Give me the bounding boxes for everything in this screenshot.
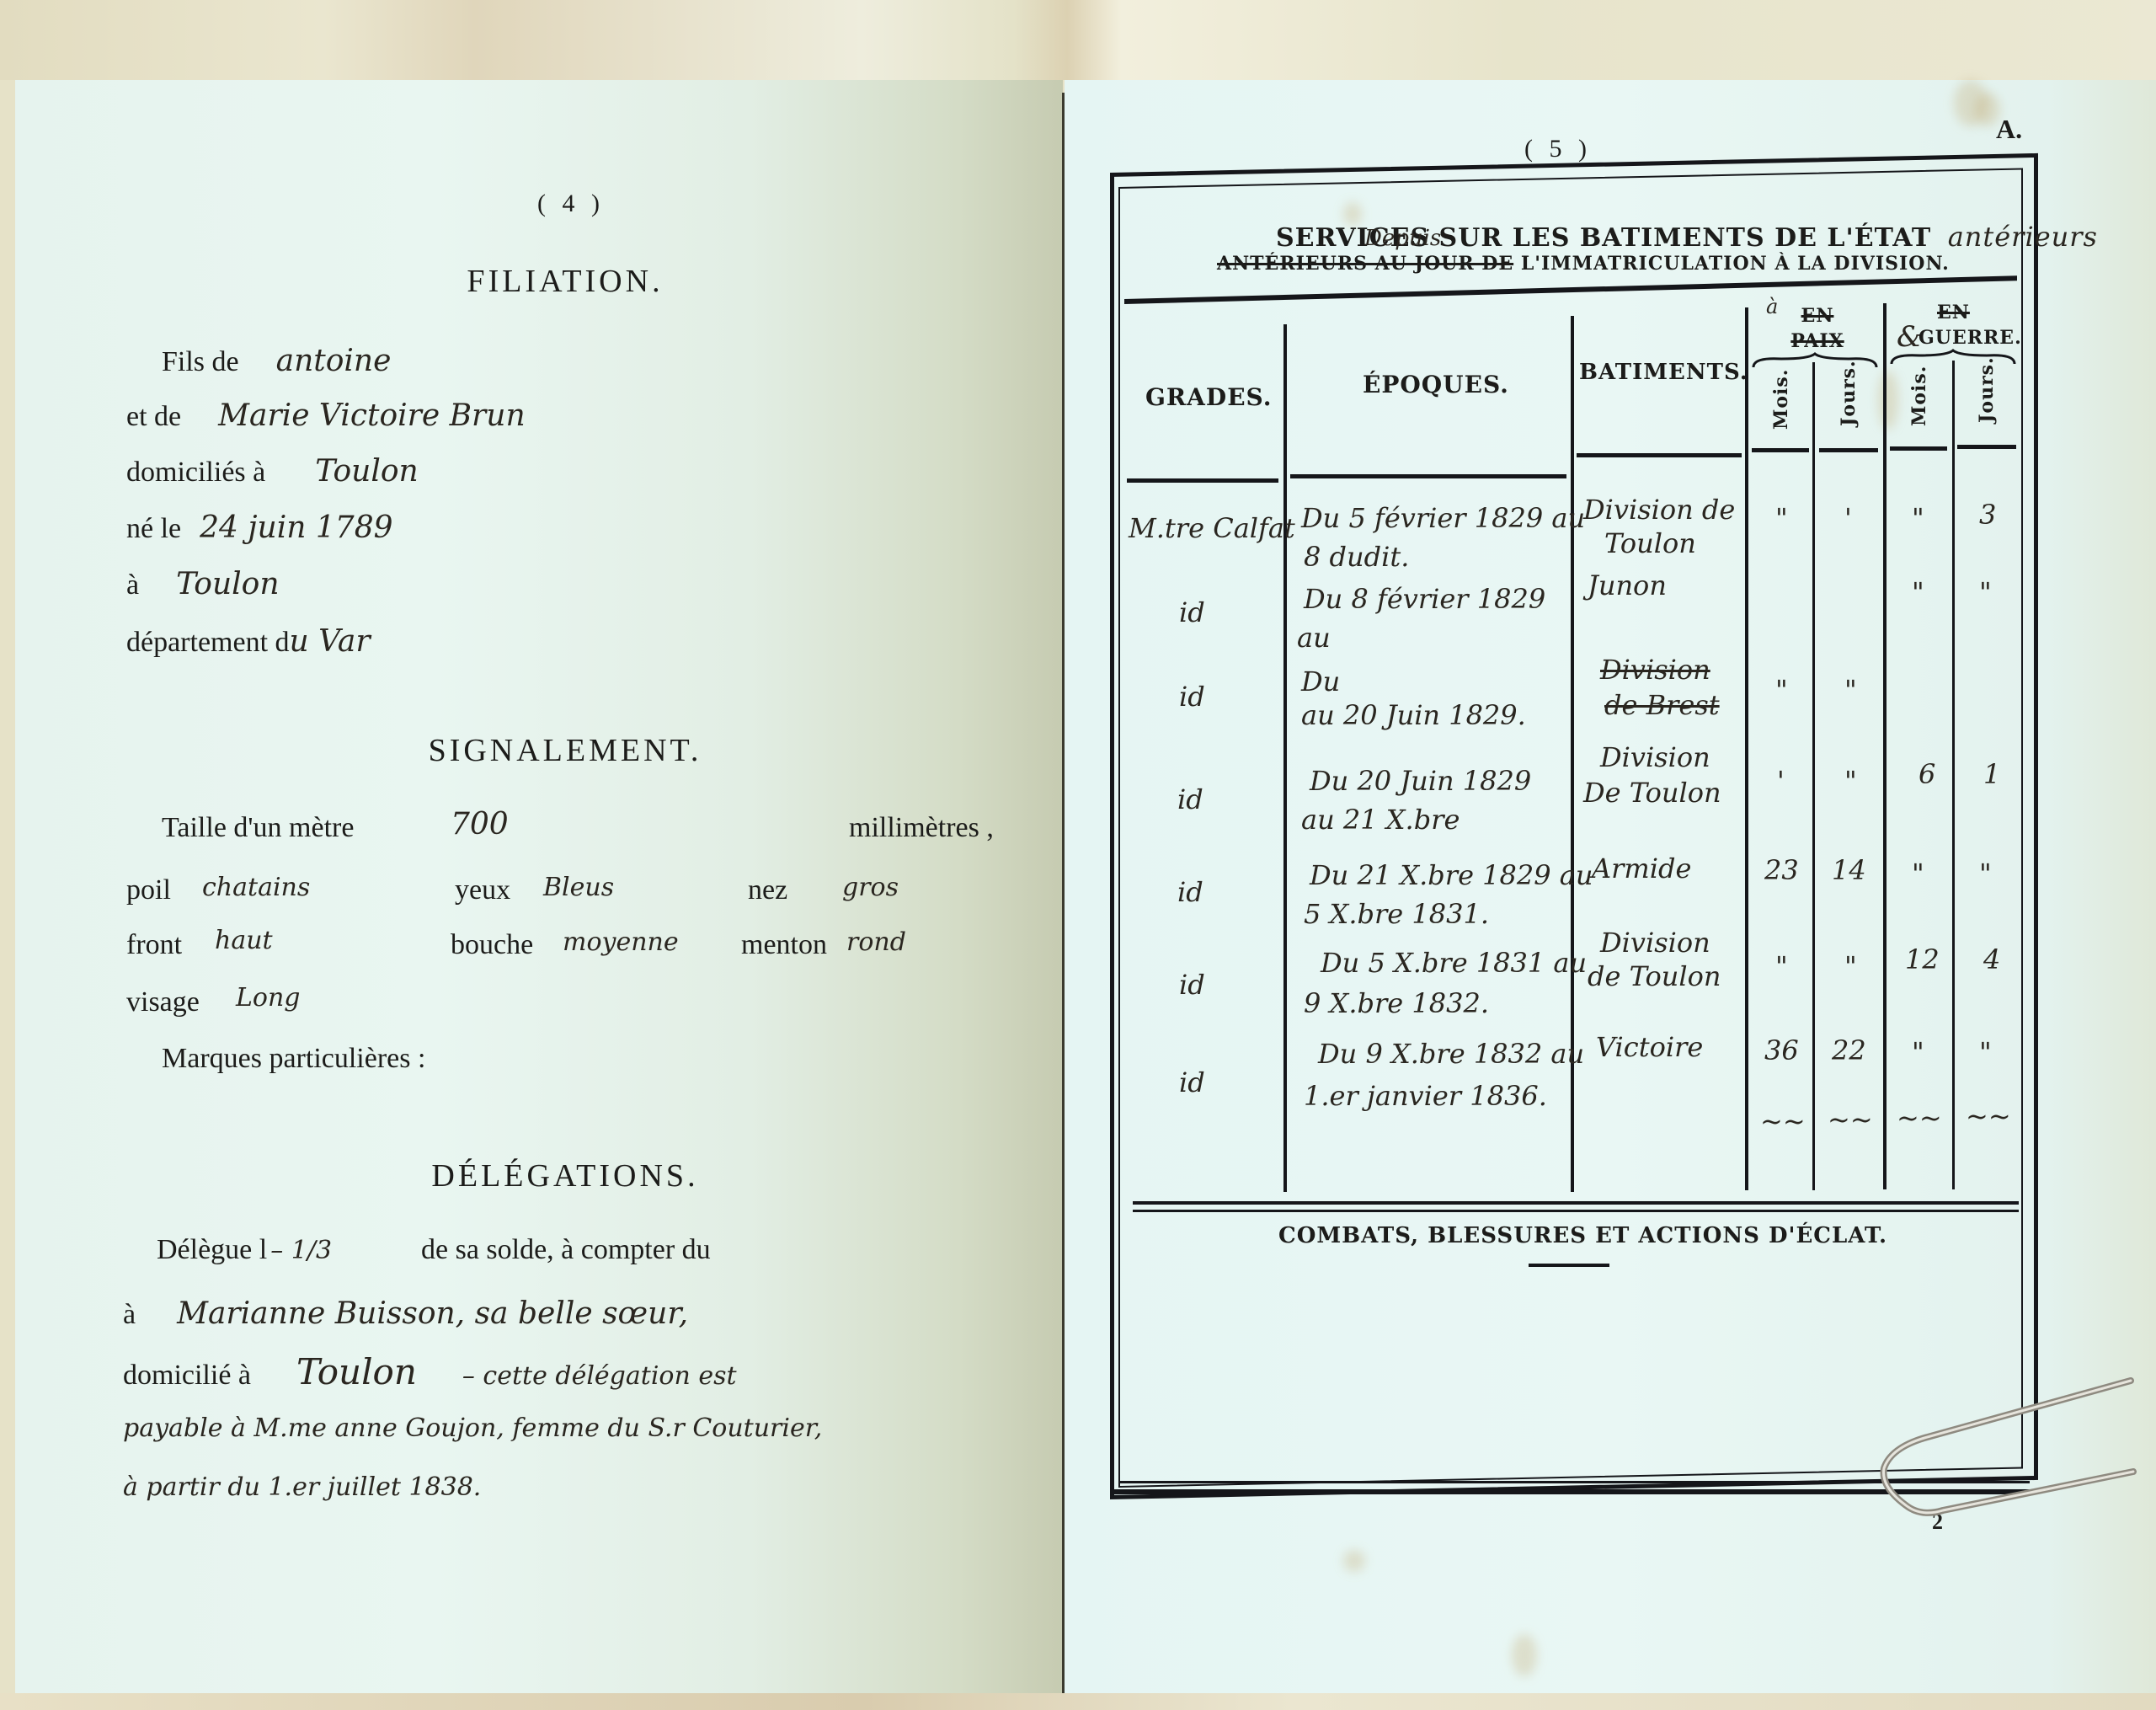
- delegation-domicile-row: domicilié à Toulon – cette délégation es…: [123, 1351, 737, 1392]
- marques-label: Marques particulières :: [162, 1043, 425, 1075]
- row-batiment-line1: Division: [1600, 654, 1710, 686]
- struck-text: ANTÉRIEURS AU JOUR DE: [1217, 253, 1513, 275]
- field-value: Toulon: [176, 567, 279, 601]
- row-epoque-line1: Du 8 février 1829: [1304, 583, 1545, 615]
- combats-title-rule: [1529, 1264, 1609, 1267]
- col-header-guerre-mois: Mois.: [1908, 367, 1930, 426]
- header-underline: [1752, 448, 1809, 452]
- total-mark: ~~: [1897, 1102, 1942, 1134]
- row-paix-jours: 22: [1832, 1034, 1866, 1066]
- top-edge: [0, 0, 2156, 80]
- row-guerre-mois: ": [1912, 1036, 1924, 1068]
- yeux-value: Bleus: [543, 873, 614, 902]
- row-epoque-line2: au 20 Juin 1829.: [1301, 699, 1526, 731]
- section-divider: [1133, 1201, 2019, 1205]
- row-batiment-line1: Victoire: [1596, 1031, 1703, 1063]
- delegue-fraction: – 1/3: [270, 1236, 332, 1265]
- col-header-batiments: BATIMENTS.: [1579, 360, 1748, 385]
- field-label: domiciliés à: [126, 457, 265, 488]
- row-batiment-line2: de Brest: [1604, 689, 1720, 721]
- row-guerre-mois: 6: [1919, 758, 1935, 790]
- menton-value: rond: [846, 927, 906, 957]
- row-guerre-jours: 1: [1983, 758, 2000, 790]
- filiation-row-birthdate: né le 24 juin 1789: [126, 510, 393, 545]
- row-batiment-line1: Division de: [1583, 494, 1735, 526]
- column-divider: [1745, 307, 1748, 1190]
- delegation-note-3: à partir du 1.er juillet 1838.: [123, 1472, 481, 1502]
- delegation-amount-row: Délègue l – 1/3: [157, 1234, 332, 1266]
- row-paix-mois: 23: [1764, 854, 1799, 886]
- foxing-stain: [1343, 1550, 1365, 1572]
- beneficiary-value: Marianne Buisson, sa belle sœur,: [177, 1296, 688, 1331]
- paper-clip-icon: [1865, 1369, 2156, 1529]
- row-paix-jours: ": [1844, 950, 1857, 982]
- row-paix-mois: ": [1775, 674, 1788, 706]
- delegation-note-1: – cette délégation est: [462, 1361, 737, 1391]
- yeux-label: yeux: [455, 874, 510, 906]
- filiation-row-department: département du Var: [126, 624, 371, 659]
- taille-unit: millimètres ,: [849, 812, 994, 844]
- row-paix-jours: ": [1844, 674, 1857, 706]
- row-batiment-line2: De Toulon: [1583, 777, 1721, 809]
- row-guerre-mois: ": [1912, 858, 1924, 890]
- header-underline: [1290, 474, 1566, 478]
- page-number-right: ( 5 ): [1524, 135, 1592, 163]
- row-batiment-line2: Toulon: [1604, 527, 1696, 559]
- row-grade: id: [1177, 876, 1203, 908]
- row-epoque-line1: Du: [1301, 665, 1340, 697]
- row-guerre-jours: 3: [1979, 499, 1996, 531]
- col-header-guerre: GUERRE.: [1919, 327, 2022, 349]
- col-header-guerre-jours: Jours.: [1976, 364, 1998, 423]
- row-guerre-mois: ": [1912, 502, 1924, 534]
- row-paix-mois: ': [1777, 765, 1785, 797]
- header-underline: [1890, 446, 1947, 451]
- row-epoque-line2: 1.er janvier 1836.: [1304, 1080, 1547, 1112]
- row-paix-jours: ': [1844, 502, 1852, 534]
- row-epoque-line1: Du 21 X.bre 1829 au: [1310, 859, 1593, 891]
- section-divider: [1133, 1210, 2019, 1212]
- field-value: Marie Victoire Brun: [218, 398, 525, 433]
- services-subtitle-text: L'IMMATRICULATION À LA DIVISION.: [1521, 253, 1950, 275]
- field-value: u Var: [290, 624, 371, 659]
- total-mark: ~~: [1828, 1103, 1873, 1136]
- row-grade: M.tre Calfat: [1129, 512, 1295, 544]
- visage-value: Long: [236, 983, 301, 1013]
- front-label: front: [126, 929, 182, 961]
- domicile-label: domicilié à: [123, 1360, 251, 1391]
- header-underline: [1127, 478, 1278, 483]
- col-header-grades: GRADES.: [1145, 383, 1273, 411]
- col-header-paix-struck: EN PAIX: [1784, 303, 1851, 354]
- row-batiment-line2: de Toulon: [1588, 960, 1721, 992]
- delegation-note-2: payable à M.me anne Goujon, femme du S.r…: [123, 1413, 822, 1443]
- total-mark: ~~: [1760, 1105, 1806, 1137]
- filiation-title: FILIATION.: [467, 263, 663, 300]
- row-epoque-line2: au: [1297, 622, 1331, 654]
- field-value: 24 juin 1789: [200, 510, 392, 545]
- front-value: haut: [215, 926, 273, 955]
- book-gutter: [1062, 93, 1065, 1702]
- services-title-handwritten: antérieurs: [1948, 221, 2098, 253]
- signalement-title: SIGNALEMENT.: [429, 732, 702, 769]
- delegations-title: DÉLÉGATIONS.: [431, 1157, 698, 1194]
- row-guerre-mois: ": [1912, 576, 1924, 608]
- row-paix-mois: ": [1775, 950, 1788, 982]
- col-header-epoques: ÉPOQUES.: [1363, 371, 1509, 398]
- solde-text: de sa solde, à compter du: [421, 1234, 711, 1266]
- bottom-edge: [0, 1693, 2156, 1710]
- row-batiment-line1: Division: [1600, 927, 1710, 959]
- poil-value: chatains: [202, 873, 310, 902]
- row-epoque-line2: 9 X.bre 1832.: [1304, 987, 1489, 1019]
- field-value: Toulon: [315, 454, 418, 489]
- row-grade: id: [1179, 969, 1205, 1001]
- menton-label: menton: [741, 929, 827, 961]
- guerre-en-struck: EN: [1937, 302, 1970, 323]
- column-divider: [1883, 303, 1886, 1189]
- row-epoque-line2: au 21 X.bre: [1301, 804, 1460, 836]
- nez-value: gros: [842, 873, 899, 902]
- filiation-row-birthplace: à Toulon: [126, 567, 280, 601]
- field-label: département d: [126, 627, 290, 658]
- row-guerre-jours: ": [1979, 1036, 1992, 1068]
- services-subtitle: ANTÉRIEURS AU JOUR DE L'IMMATRICULATION …: [1217, 253, 1950, 275]
- row-batiment-line1: Armide: [1592, 852, 1691, 884]
- column-divider: [1283, 324, 1287, 1192]
- poil-label: poil: [126, 874, 171, 906]
- filiation-row-father: Fils de antoine: [162, 344, 391, 378]
- row-paix-jours: 14: [1832, 854, 1866, 886]
- field-label: à: [126, 569, 139, 601]
- row-epoque-line2: 5 X.bre 1831.: [1304, 898, 1489, 930]
- domicile-value: Toulon: [296, 1351, 417, 1392]
- total-mark: ~~: [1966, 1100, 2011, 1132]
- row-guerre-jours: ": [1979, 576, 1992, 608]
- row-epoque-line2: 8 dudit.: [1304, 541, 1409, 573]
- row-guerre-jours: ": [1979, 858, 1992, 890]
- row-guerre-mois: 12: [1905, 943, 1940, 975]
- filiation-row-mother: et de Marie Victoire Brun: [126, 398, 526, 433]
- paix-handwritten: à: [1766, 295, 1778, 318]
- nez-label: nez: [748, 874, 787, 906]
- visage-label: visage: [126, 986, 200, 1018]
- delegation-beneficiary-row: à Marianne Buisson, sa belle sœur,: [123, 1296, 688, 1331]
- field-label: et de: [126, 401, 181, 432]
- foxing-stain: [1512, 1634, 1537, 1676]
- page-number-left: ( 4 ): [537, 190, 605, 218]
- row-grade: id: [1179, 596, 1205, 628]
- bouche-value: moyenne: [563, 927, 679, 957]
- delegue-label: Délègue l: [157, 1234, 267, 1265]
- left-page: [15, 80, 1063, 1696]
- subtitle-handwritten-insert: Depuis: [1364, 226, 1441, 251]
- row-grade: id: [1179, 681, 1205, 713]
- taille-label: Taille d'un mètre: [162, 812, 354, 844]
- bouche-label: bouche: [451, 929, 533, 961]
- header-underline: [1819, 448, 1878, 452]
- row-epoque-line1: Du 5 février 1829 au: [1301, 502, 1585, 534]
- column-divider: [1952, 361, 1955, 1189]
- row-guerre-jours: 4: [1983, 943, 2000, 975]
- header-underline: [1957, 445, 2016, 449]
- column-divider: [1812, 362, 1815, 1190]
- row-paix-jours: ": [1844, 765, 1857, 797]
- row-epoque-line1: Du 9 X.bre 1832 au: [1318, 1038, 1584, 1070]
- col-header-paix-mois: Mois.: [1770, 371, 1792, 430]
- row-paix-mois: 36: [1764, 1034, 1799, 1066]
- row-grade: id: [1179, 1066, 1205, 1098]
- taille-value: 700: [451, 807, 509, 842]
- field-label: né le: [126, 513, 181, 544]
- row-paix-mois: ": [1775, 502, 1788, 534]
- combats-title: COMBATS, BLESSURES ET ACTIONS D'ÉCLAT.: [1278, 1223, 1887, 1248]
- a-label: à: [123, 1299, 136, 1330]
- row-batiment-line1: Division: [1600, 741, 1710, 773]
- col-header-paix-jours: Jours.: [1838, 367, 1860, 426]
- header-underline: [1577, 453, 1742, 457]
- filiation-row-domicile: domiciliés à Toulon: [126, 454, 419, 489]
- row-epoque-line1: Du 20 Juin 1829: [1310, 765, 1531, 797]
- field-label: Fils de: [162, 346, 239, 377]
- row-grade: id: [1177, 783, 1203, 815]
- row-batiment-line1: Junon: [1588, 569, 1667, 601]
- field-value: antoine: [276, 344, 392, 378]
- row-epoque-line1: Du 5 X.bre 1831 au: [1321, 947, 1587, 979]
- sheet-mark: A.: [1996, 114, 2022, 145]
